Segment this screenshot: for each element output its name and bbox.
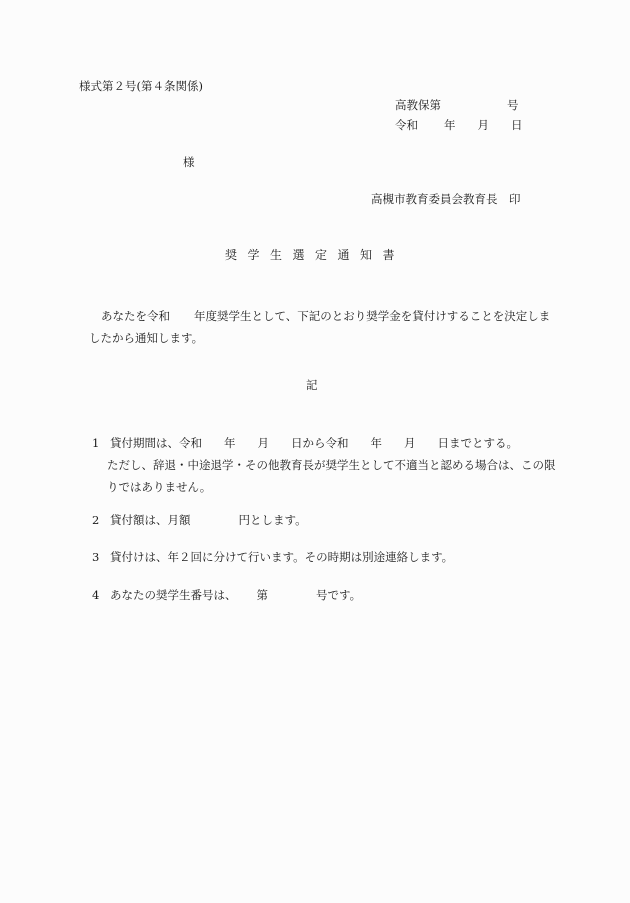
list-item-4: 4あなたの奨学生番号は、第号です。 (92, 584, 557, 606)
item-continuation: ただし、辞退・中途退学・その他教育長が奨学生として不適当と認める場合は、この限り… (92, 454, 557, 498)
item-number: 3 (92, 546, 110, 568)
date-era: 令和 (395, 118, 418, 132)
list-item-1: 1貸付期間は、令和年月日から令和年月日までとする。 ただし、辞退・中途退学・その… (92, 432, 557, 498)
issue-date: 令和年月日 (395, 120, 523, 132)
item-number: 2 (92, 509, 110, 531)
item-number: 1 (92, 432, 110, 454)
reference-prefix: 高教保第 (395, 98, 441, 112)
reference-number: 高教保第号 (395, 100, 519, 112)
list-item-3: 3貸付けは、年２回に分けて行います。その時期は別途連絡します。 (92, 546, 557, 568)
document-title: 奨学生選定通知書 (225, 249, 405, 261)
form-number: 様式第２号(第４条関係) (79, 81, 203, 93)
body-paragraph: あなたを令和年度奨学生として、下記のとおり奨学金を貸付けすることを決定しましたか… (89, 305, 559, 349)
date-month-label: 月 (478, 118, 490, 132)
ki-heading: 記 (306, 380, 318, 392)
recipient-honorific: 様 (183, 157, 195, 169)
date-year-label: 年 (444, 118, 456, 132)
date-day-label: 日 (511, 118, 523, 132)
reference-suffix: 号 (507, 98, 519, 112)
item-number: 4 (92, 584, 110, 606)
issuer: 高槻市教育委員会教育長 印 (371, 194, 521, 206)
list-item-2: 2貸付額は、月額円とします。 (92, 509, 557, 531)
